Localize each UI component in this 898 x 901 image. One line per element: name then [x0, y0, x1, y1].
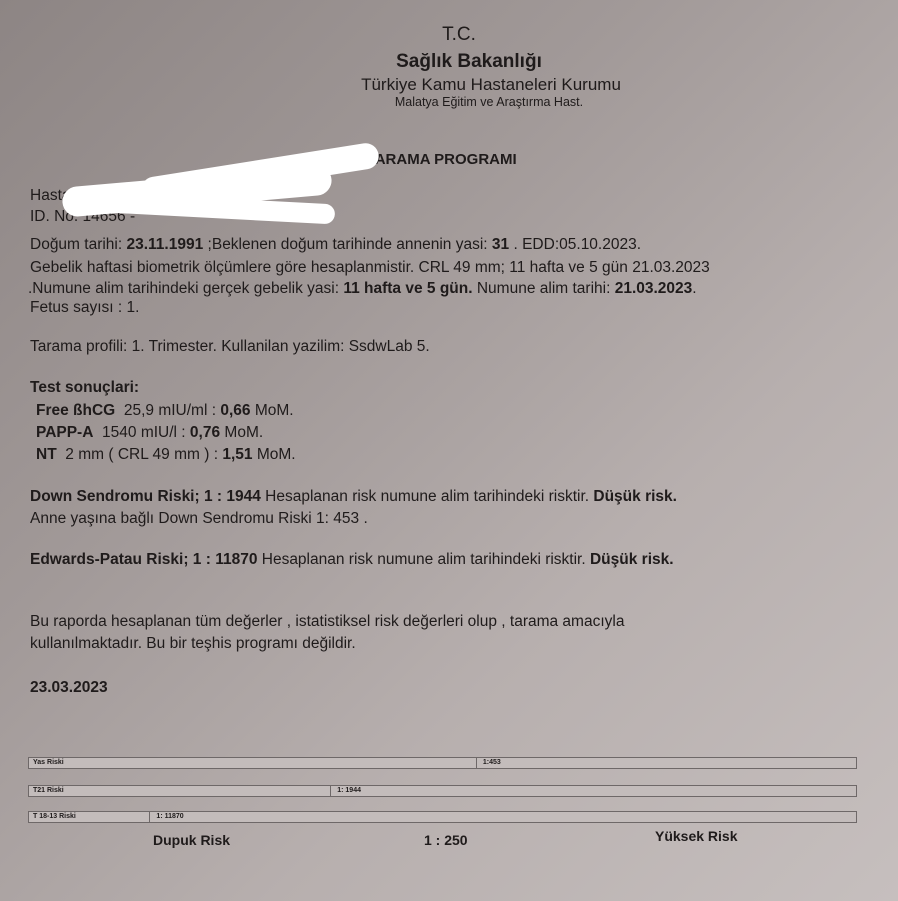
risk-bar: T21 Riski1: 1944 [28, 785, 857, 797]
screening-profile: Tarama profili: 1. Trimester. Kullanilan… [30, 338, 430, 356]
gestation-line: Gebelik haftasi biometrik ölçümlere göre… [30, 259, 710, 277]
sample-prefix: .Numune alim tarihindeki gerçek gebelik … [28, 280, 339, 297]
header-hospital: Malatya Eğitim ve Araştırma Hast. [0, 95, 898, 109]
test-unit: MoM. [224, 424, 263, 441]
report-date: 23.03.2023 [30, 679, 108, 697]
edd-value: 05.10.2023. [559, 236, 641, 253]
test-value: 25,9 mIU/ml : [124, 402, 216, 419]
high-risk-label: Yüksek Risk [655, 828, 738, 844]
risk-bar-value: 1: 11870 [150, 812, 183, 822]
header-ministry: Sağlık Bakanlığı [0, 51, 898, 73]
sample-age: 11 hafta ve 5 gün. [343, 280, 472, 297]
risk-bar: Yas Riski1:453 [28, 757, 857, 769]
down-risk-text: Hesaplanan risk numune alim tarihindeki … [265, 488, 589, 505]
test-mom: 1,51 [222, 446, 252, 463]
sample-date: 21.03.2023 [615, 280, 693, 297]
test-results-heading: Test sonuçlari: [30, 379, 139, 397]
mother-age-label: ;Beklenen doğum tarihinde annenin yasi: [208, 236, 488, 253]
age-risk-line: Anne yaşına bağlı Down Sendromu Riski 1:… [30, 510, 368, 528]
risk-bar: T 18-13 Riski1: 11870 [28, 811, 857, 823]
cutoff-label: 1 : 250 [424, 832, 468, 848]
test-unit: MoM. [257, 446, 296, 463]
ep-risk-text: Hesaplanan risk numune alim tarihindeki … [262, 551, 586, 568]
disclaimer-line-2: kullanılmaktadır. Bu bir teşhis programı… [30, 635, 356, 653]
birth-line: Doğum tarihi: 23.11.1991 ;Beklenen doğum… [30, 236, 641, 254]
mother-age: 31 [492, 236, 509, 253]
risk-bar-value: 1: 1944 [331, 786, 361, 796]
test-value: 2 mm ( CRL 49 mm ) : [65, 446, 218, 463]
ep-risk-label: Edwards-Patau Riski; 1 : 11870 [30, 551, 257, 568]
risk-bar-value: 1:453 [477, 758, 501, 768]
risk-bar-label: T 18-13 Riski [29, 812, 150, 822]
test-row: NT 2 mm ( CRL 49 mm ) : 1,51 MoM. [36, 446, 296, 464]
report-page: T.C. Sağlık Bakanlığı Türkiye Kamu Hasta… [0, 0, 898, 901]
disclaimer-line-1: Bu raporda hesaplanan tüm değerler , ist… [30, 613, 624, 631]
test-unit: MoM. [255, 402, 294, 419]
test-mom: 0,66 [220, 402, 250, 419]
risk-bar-label: Yas Riski [29, 758, 477, 768]
test-name: PAPP-A [36, 424, 93, 441]
test-name: Free ßhCG [36, 402, 115, 419]
header-institution: Türkiye Kamu Hastaneleri Kurumu [0, 75, 898, 95]
ep-risk-result: Düşük risk. [590, 551, 674, 568]
test-value: 1540 mIU/l : [102, 424, 186, 441]
birth-date: 23.11.1991 [127, 236, 204, 253]
low-risk-label: Dupuk Risk [153, 832, 230, 848]
birth-label: Doğum tarihi: [30, 236, 122, 253]
sample-line: .Numune alim tarihindeki gerçek gebelik … [28, 280, 697, 298]
fetus-count: Fetus sayısı : 1. [30, 299, 139, 317]
test-row: PAPP-A 1540 mIU/l : 0,76 MoM. [36, 424, 263, 442]
risk-bar-label: T21 Riski [29, 786, 331, 796]
header-tc: T.C. [0, 24, 898, 46]
test-mom: 0,76 [190, 424, 220, 441]
sample-date-label: Numune alim tarihi: [477, 280, 611, 297]
test-name: NT [36, 446, 57, 463]
edwards-patau-line: Edwards-Patau Riski; 1 : 11870 Hesaplana… [30, 551, 674, 569]
test-row: Free ßhCG 25,9 mIU/ml : 0,66 MoM. [36, 402, 294, 420]
down-risk-line: Down Sendromu Riski; 1 : 1944 Hesaplanan… [30, 488, 677, 506]
edd-label: . EDD: [513, 236, 559, 253]
down-risk-result: Düşük risk. [593, 488, 677, 505]
down-risk-label: Down Sendromu Riski; 1 : 1944 [30, 488, 261, 505]
